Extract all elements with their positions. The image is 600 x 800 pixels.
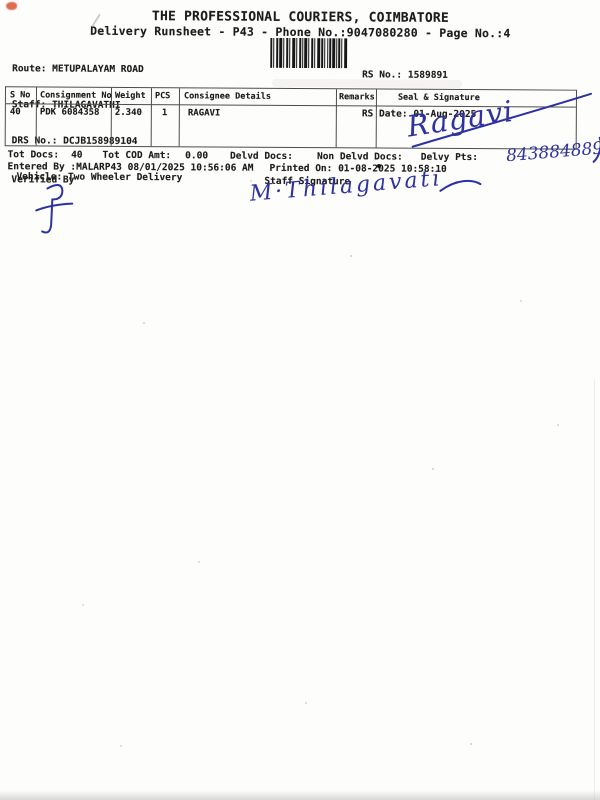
seal-signature-name-text: Ragavi <box>404 94 516 144</box>
scan-corner-mark <box>6 2 17 10</box>
tot-cod-value: 0.00 <box>185 150 208 161</box>
scan-edge-line <box>594 380 595 800</box>
col-header-consignee: Consignee Details <box>184 91 271 102</box>
route-label: Route: <box>12 63 46 74</box>
cell-pcs: 1 <box>162 108 167 118</box>
cell-consignment: PDK 6084358 <box>40 107 100 117</box>
non-delvd-docs-label: Non Delvd Docs: <box>317 151 403 163</box>
ink-dot-artifact <box>377 164 381 168</box>
entered-by-value: Entered By :MALARP43 08/01/2025 10:56:06… <box>7 161 253 174</box>
route-value: METUPALAYAM ROAD <box>52 63 144 75</box>
scan-bottom-shadow <box>0 790 600 800</box>
col-header-sno: S No <box>10 90 31 100</box>
route-line: Route: METUPALAYAM ROAD <box>12 63 183 76</box>
table-border <box>376 89 377 147</box>
table-border <box>36 87 37 145</box>
rs-no-line: RS No.: 1589891 <box>362 68 476 82</box>
staff-signature-handwriting: M·Thilagavati <box>244 170 484 221</box>
table-border <box>151 88 152 146</box>
table-border <box>179 88 180 146</box>
delvd-docs-label: Delvd Docs: <box>230 151 293 162</box>
tot-docs-value: 40 <box>71 150 83 161</box>
runsheet-document: THE PROFESSIONAL COURIERS, COIMBATORE De… <box>0 0 600 800</box>
verified-by-signature-handwriting <box>27 178 82 240</box>
table-border <box>336 89 337 147</box>
col-header-pcs: PCS <box>155 91 170 101</box>
tot-cod-label: Tot COD Amt: <box>103 150 172 161</box>
vehicle-value: Two Wheeler Delivery <box>68 172 182 184</box>
rs-no-value: 1589891 <box>408 70 448 81</box>
seal-signature-phone-text: 8438848893 <box>505 138 600 167</box>
col-header-consignment: Consignment No <box>40 90 112 100</box>
cell-consignee: RAGAVI <box>188 108 221 118</box>
cell-sno: 40 <box>10 107 21 117</box>
rs-no-label: RS No.: <box>362 69 402 80</box>
tot-docs-label: Tot Docs: <box>8 149 60 160</box>
col-header-weight: Weight <box>115 91 146 101</box>
col-header-remarks: Remarks <box>339 92 375 102</box>
scan-noise-specks <box>0 0 2 2</box>
cell-weight: 2.340 <box>115 108 142 118</box>
seal-signature-handwriting: Ragavi 8438848893 <box>394 89 600 175</box>
rs-barcode-icon <box>270 38 347 68</box>
staff-signature-name-text: M·Thilagavati <box>248 170 444 207</box>
